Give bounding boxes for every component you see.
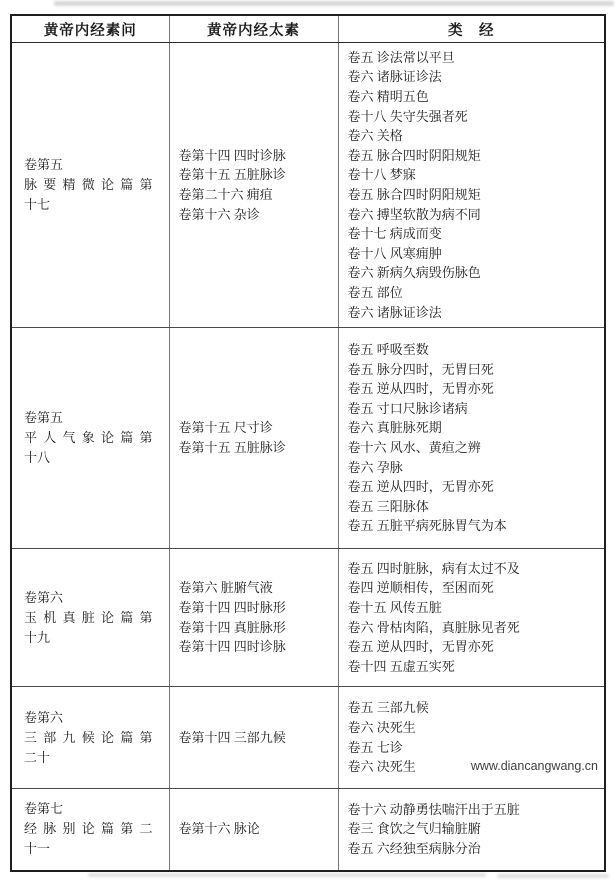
suwen-chapter: 卷第五平人气象论篇第十八 <box>12 404 169 472</box>
text-line: 卷五 四时脏脉，病有太过不及 <box>348 559 601 579</box>
text-line: 卷五 逆从四时，无胃亦死 <box>348 379 601 399</box>
text-line: 卷十五 风传五脏 <box>348 598 601 618</box>
text-line: 卷五 逆从四时，无胃亦死 <box>348 477 601 497</box>
suwen-chapter: 卷第七经脉别论篇第二十一 <box>12 795 169 863</box>
taisu-chapter-list: 卷第十六 脉论 <box>170 815 338 843</box>
leijing-chapter-list: 卷五 四时脏脉，病有太过不及卷四 逆顺相传，至困而死卷十五 风传五脏卷六 骨枯肉… <box>339 555 605 681</box>
text-line: 卷第七 <box>24 799 153 819</box>
scan-artifact-bottom-left <box>88 873 486 877</box>
suwen-chapter: 卷第六玉机真脏论篇第十九 <box>12 584 169 652</box>
taisu-chapter-list: 卷第十四 三部九候 <box>170 724 338 752</box>
text-line: 卷第六 脏腑气液 <box>179 578 334 598</box>
table-row: 卷第五平人气象论篇第十八 卷第十五 尺寸诊卷第十五 五脏脉诊 卷五 呼吸至数卷五… <box>11 328 605 549</box>
text-line: 卷十四 五虚五实死 <box>348 657 601 677</box>
text-line: 卷第五 <box>24 155 153 175</box>
text-line: 卷十八 失守失强者死 <box>348 107 601 127</box>
cell-leijing-row1: 卷五 诊法常以平旦卷六 诸脉证诊法卷六 精明五色卷十八 失守失强者死卷六 关格卷… <box>338 43 605 328</box>
text-line: 卷第五 <box>24 408 153 428</box>
table-header-row: 黄帝内经素问 黄帝内经太素 类 经 <box>11 15 605 43</box>
cell-leijing-row5: 卷十六 动静勇怯喘汗出于五脏卷三 食饮之气归输脏腑卷五 六经独至病脉分治 <box>338 789 605 871</box>
text-line: 卷五 三部九候 <box>348 698 601 718</box>
text-line: 卷第十四 四时诊脉 <box>179 146 334 166</box>
cell-taisu-row5: 卷第十六 脉论 <box>169 789 338 871</box>
text-line: 卷五 呼吸至数 <box>348 340 601 360</box>
text-line: 卷五 五脏平病死脉胃气为本 <box>348 516 601 536</box>
cell-leijing-row2: 卷五 呼吸至数卷五 脉分四时，无胃曰死卷五 逆从四时，无胃亦死卷五 寸口尺脉诊诸… <box>338 328 605 549</box>
text-line: 平人气象论篇第 <box>24 428 153 448</box>
text-line: 卷十六 动静勇怯喘汗出于五脏 <box>348 800 601 820</box>
text-line: 卷六 精明五色 <box>348 87 601 107</box>
scan-artifact-top <box>54 1 614 6</box>
suwen-chapter: 卷第六三部九候论篇第二十 <box>12 704 169 772</box>
text-line: 经脉别论篇第二 <box>24 819 153 839</box>
text-line: 卷四 逆顺相传，至困而死 <box>348 578 601 598</box>
scan-artifact-bottom-right <box>497 874 609 878</box>
comparison-table: 黄帝内经素问 黄帝内经太素 类 经 卷第五脉要精微论篇第十七 卷第十四 四时诊脉… <box>10 14 606 872</box>
text-line: 卷六 骨枯肉陷，真脏脉见者死 <box>348 618 601 638</box>
cell-suwen-row2: 卷第五平人气象论篇第十八 <box>11 328 169 549</box>
text-line: 卷第十五 五脏脉诊 <box>179 438 334 458</box>
text-line: 卷五 脉合四时阴阳规矩 <box>348 185 601 205</box>
text-line: 十九 <box>24 628 153 648</box>
text-line: 卷六 诸脉证诊法 <box>348 303 601 323</box>
table-row: 卷第七经脉别论篇第二十一 卷第十六 脉论 卷十六 动静勇怯喘汗出于五脏卷三 食饮… <box>11 789 605 871</box>
text-line: 卷十七 病成而变 <box>348 224 601 244</box>
table-row: 卷第六玉机真脏论篇第十九 卷第六 脏腑气液卷第十四 四时脉形卷第十四 真脏脉形卷… <box>11 549 605 687</box>
text-line: 卷十八 梦寐 <box>348 165 601 185</box>
text-line: 卷第十四 三部九候 <box>179 728 334 748</box>
text-line: 卷五 脉分四时，无胃曰死 <box>348 360 601 380</box>
cell-suwen-row5: 卷第七经脉别论篇第二十一 <box>11 789 169 871</box>
text-line: 卷六 决死生 <box>348 718 601 738</box>
text-line: 卷六 孕脉 <box>348 458 601 478</box>
text-line: 卷五 逆从四时，无胃亦死 <box>348 637 601 657</box>
cell-taisu-row1: 卷第十四 四时诊脉卷第十五 五脏脉诊卷第二十六 痈疽卷第十六 杂诊 <box>169 43 338 328</box>
cell-suwen-row1: 卷第五脉要精微论篇第十七 <box>11 43 169 328</box>
cell-taisu-row3: 卷第六 脏腑气液卷第十四 四时脉形卷第十四 真脏脉形卷第十四 四时诊脉 <box>169 549 338 687</box>
taisu-chapter-list: 卷第十四 四时诊脉卷第十五 五脏脉诊卷第二十六 痈疽卷第十六 杂诊 <box>170 142 338 228</box>
text-line: 卷第六 <box>24 708 153 728</box>
text-line: 十七 <box>24 195 153 215</box>
text-line: 卷三 食饮之气归输脏腑 <box>348 819 601 839</box>
text-line: 卷五 七诊 <box>348 738 601 758</box>
text-line: 卷第十六 脉论 <box>179 819 334 839</box>
table-row: 卷第六三部九候论篇第二十 卷第十四 三部九候 卷五 三部九候卷六 决死生卷五 七… <box>11 687 605 789</box>
text-line: 卷五 脉合四时阴阳规矩 <box>348 146 601 166</box>
leijing-chapter-list: 卷十六 动静勇怯喘汗出于五脏卷三 食饮之气归输脏腑卷五 六经独至病脉分治 <box>339 796 605 863</box>
text-line: 卷第六 <box>24 588 153 608</box>
text-line: 卷六 新病久病毁伤脉色 <box>348 263 601 283</box>
cell-taisu-row2: 卷第十五 尺寸诊卷第十五 五脏脉诊 <box>169 328 338 549</box>
text-line: 十八 <box>24 448 153 468</box>
text-line: 卷第十六 杂诊 <box>179 205 334 225</box>
watermark: www.diancangwang.cn <box>471 759 598 773</box>
scanned-document-page: 黄帝内经素问 黄帝内经太素 类 经 卷第五脉要精微论篇第十七 卷第十四 四时诊脉… <box>0 0 616 882</box>
cell-suwen-row3: 卷第六玉机真脏论篇第十九 <box>11 549 169 687</box>
leijing-chapter-list: 卷五 诊法常以平旦卷六 诸脉证诊法卷六 精明五色卷十八 失守失强者死卷六 关格卷… <box>339 44 605 326</box>
text-line: 卷六 诸脉证诊法 <box>348 67 601 87</box>
cell-suwen-row4: 卷第六三部九候论篇第二十 <box>11 687 169 789</box>
cell-leijing-row3: 卷五 四时脏脉，病有太过不及卷四 逆顺相传，至困而死卷十五 风传五脏卷六 骨枯肉… <box>338 549 605 687</box>
text-line: 脉要精微论篇第 <box>24 175 153 195</box>
cell-leijing-row4: 卷五 三部九候卷六 决死生卷五 七诊卷六 决死生 <box>338 687 605 789</box>
text-line: 三部九候论篇第 <box>24 728 153 748</box>
suwen-chapter: 卷第五脉要精微论篇第十七 <box>12 151 169 219</box>
taisu-chapter-list: 卷第十五 尺寸诊卷第十五 五脏脉诊 <box>170 414 338 461</box>
text-line: 卷五 寸口尺脉诊诸病 <box>348 399 601 419</box>
column-header-suwen: 黄帝内经素问 <box>11 15 169 43</box>
text-line: 卷第十五 尺寸诊 <box>179 418 334 438</box>
text-line: 卷十六 风水、黄疸之辨 <box>348 438 601 458</box>
cell-taisu-row4: 卷第十四 三部九候 <box>169 687 338 789</box>
text-line: 卷六 搏坚软散为病不同 <box>348 205 601 225</box>
text-line: 卷第十四 四时诊脉 <box>179 637 334 657</box>
text-line: 卷第二十六 痈疽 <box>179 185 334 205</box>
table-row: 卷第五脉要精微论篇第十七 卷第十四 四时诊脉卷第十五 五脏脉诊卷第二十六 痈疽卷… <box>11 43 605 328</box>
leijing-chapter-list: 卷五 呼吸至数卷五 脉分四时，无胃曰死卷五 逆从四时，无胃亦死卷五 寸口尺脉诊诸… <box>339 336 605 540</box>
text-line: 十一 <box>24 839 153 859</box>
text-line: 卷五 诊法常以平旦 <box>348 48 601 68</box>
column-header-taisu: 黄帝内经太素 <box>169 15 338 43</box>
taisu-chapter-list: 卷第六 脏腑气液卷第十四 四时脉形卷第十四 真脏脉形卷第十四 四时诊脉 <box>170 574 338 660</box>
text-line: 卷第十五 五脏脉诊 <box>179 165 334 185</box>
column-header-leijing: 类 经 <box>338 15 605 43</box>
text-line: 卷第十四 四时脉形 <box>179 598 334 618</box>
text-line: 卷五 六经独至病脉分治 <box>348 839 601 859</box>
text-line: 卷第十四 真脏脉形 <box>179 618 334 638</box>
text-line: 卷十八 风寒痈肿 <box>348 244 601 264</box>
text-line: 卷五 三阳脉体 <box>348 497 601 517</box>
text-line: 卷五 部位 <box>348 283 601 303</box>
text-line: 卷六 真脏脉死期 <box>348 418 601 438</box>
text-line: 玉机真脏论篇第 <box>24 608 153 628</box>
text-line: 卷六 关格 <box>348 126 601 146</box>
text-line: 二十 <box>24 748 153 768</box>
